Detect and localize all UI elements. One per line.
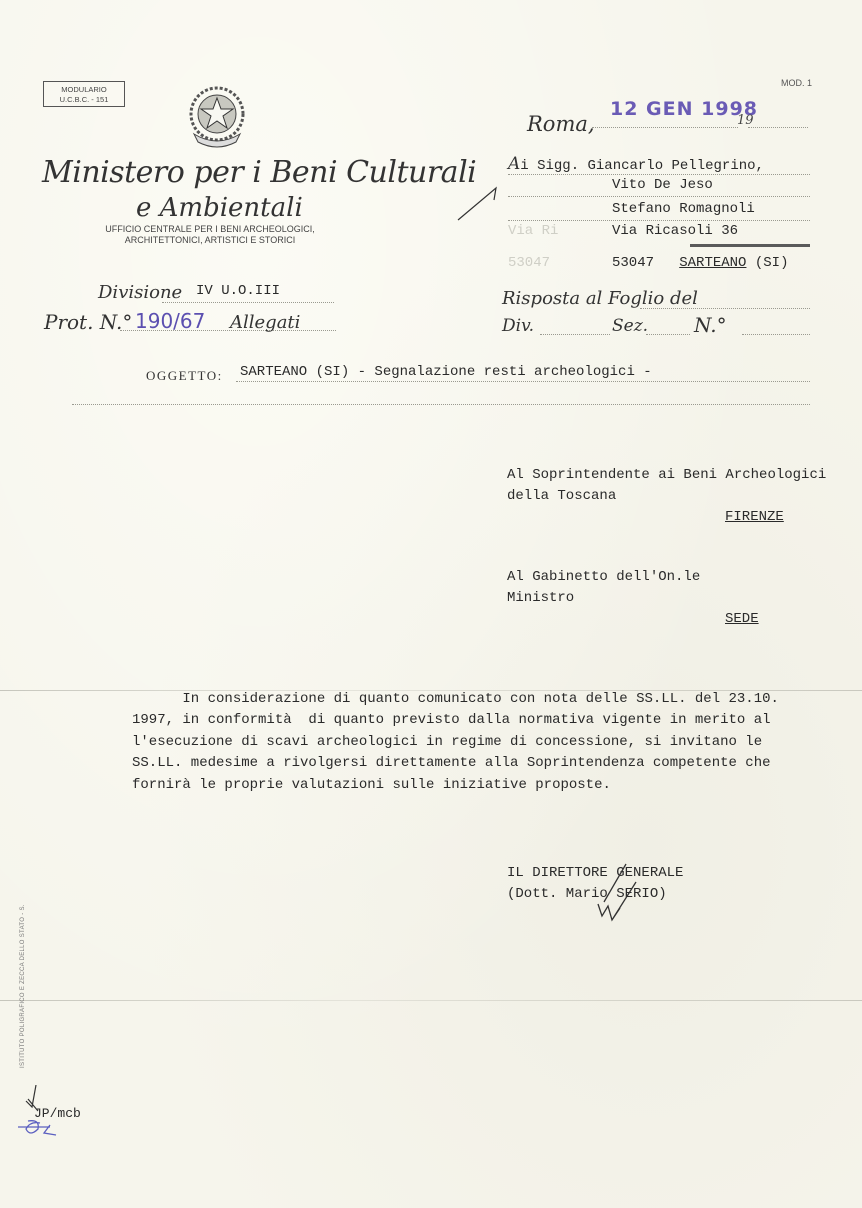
subject-label: OGGETTO: bbox=[146, 368, 223, 384]
addressee-line-5: 5304753047 SARTEANO (SI) bbox=[508, 255, 810, 275]
city-bar bbox=[690, 244, 810, 247]
model-number: MOD. 1 bbox=[781, 78, 812, 88]
postal-code: 53047 bbox=[612, 255, 654, 271]
handwritten-check-mark-icon bbox=[456, 180, 502, 222]
addressee-names-1: i Sigg. Giancarlo Pellegrino, bbox=[520, 158, 764, 174]
reply-div-line bbox=[540, 320, 610, 335]
form-code-box: MODULARIO U.C.B.C. - 151 bbox=[43, 81, 125, 107]
subject-line-2 bbox=[72, 389, 810, 405]
ghost-cap: 53047 bbox=[508, 255, 612, 271]
addressee-line-2: Vito De Jeso bbox=[508, 177, 810, 197]
street: Via Ricasoli 36 bbox=[612, 223, 738, 239]
italian-republic-emblem-icon bbox=[184, 84, 250, 154]
paper-fold-line bbox=[0, 1000, 862, 1001]
attachments-label: Allegati bbox=[230, 312, 300, 333]
recipient-2-line2: Ministro bbox=[507, 590, 574, 606]
date-stamp: 12 GEN 1998 bbox=[610, 98, 758, 120]
reply-sez-label: Sez. bbox=[612, 316, 648, 336]
division-label: Divisione bbox=[98, 282, 182, 303]
subject-value: SARTEANO (SI) - Segnalazione resti arche… bbox=[240, 364, 652, 380]
office-line2: ARCHITETTONICI, ARTISTICI E STORICI bbox=[80, 235, 340, 246]
reply-no-line bbox=[742, 320, 810, 335]
handwritten-signature-icon bbox=[596, 862, 644, 924]
letter-body: In considerazione di quanto comunicato c… bbox=[132, 689, 832, 796]
division-value: IV U.O.III bbox=[196, 283, 280, 299]
province: (SI) bbox=[755, 255, 789, 271]
form-code-line1: MODULARIO bbox=[44, 85, 124, 95]
place-label: Roma, bbox=[527, 112, 595, 136]
date-line-2 bbox=[748, 112, 808, 128]
reply-sez-line bbox=[646, 320, 690, 335]
reply-no-label: N.° bbox=[694, 313, 727, 337]
form-code-line2: U.C.B.C. - 151 bbox=[44, 95, 124, 105]
addressee-line-3: Stefano Romagnoli bbox=[508, 201, 810, 221]
protocol-label: Prot. N.° bbox=[44, 310, 132, 334]
recipient-1-line1: Al Soprintendente ai Beni Archeologici bbox=[507, 467, 826, 483]
protocol-number: 190/67 bbox=[135, 309, 205, 333]
reference-initials: JP/mcb bbox=[34, 1106, 81, 1121]
ministry-name: Ministero per i Beni Culturali bbox=[42, 155, 476, 190]
reply-div-label: Div. bbox=[502, 316, 534, 336]
office-name: UFFICIO CENTRALE PER I BENI ARCHEOLOGICI… bbox=[80, 224, 340, 246]
recipient-2-line1: Al Gabinetto dell'On.le bbox=[507, 569, 700, 585]
office-line1: UFFICIO CENTRALE PER I BENI ARCHEOLOGICI… bbox=[80, 224, 340, 235]
recipient-2-city: SEDE bbox=[725, 611, 759, 627]
addressee-prefix: A bbox=[508, 154, 520, 174]
reply-ref-line bbox=[640, 291, 810, 309]
city: SARTEANO bbox=[679, 255, 746, 271]
printer-note: ISTITUTO POLIGRAFICO E ZECCA DELLO STATO… bbox=[20, 904, 26, 1068]
addressee-line-1: Ai Sigg. Giancarlo Pellegrino, bbox=[508, 154, 810, 175]
recipient-1-line2: della Toscana bbox=[507, 488, 616, 504]
ministry-name-cont: e Ambientali bbox=[136, 193, 303, 223]
addressee-line-4: Via RiVia Ricasoli 36 bbox=[508, 223, 810, 243]
recipient-1-city: FIRENZE bbox=[725, 509, 784, 525]
ghost-street: Via Ri bbox=[508, 223, 612, 239]
